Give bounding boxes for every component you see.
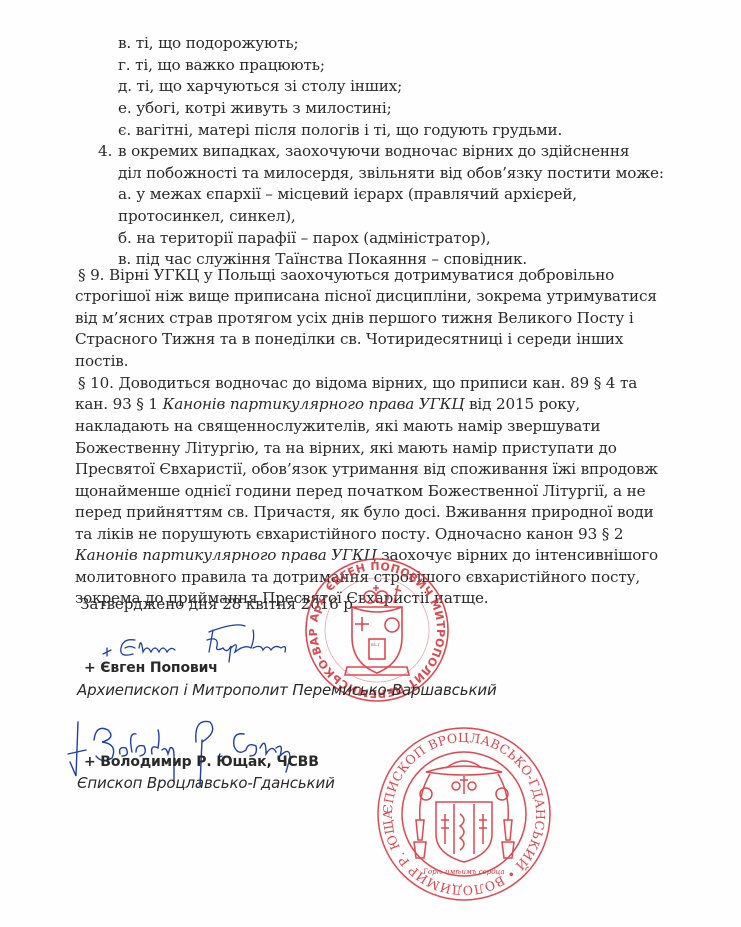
document-page: в. ті, що подорожують; г. ті, що важко п…	[0, 0, 741, 927]
list-subitem-e: е. убогі, котрі живуть з милостині;	[118, 98, 392, 118]
item4-line: діл побожності та милосердя, звільняти в…	[118, 163, 664, 183]
signatory1-title: Архиепископ і Митрополит Перемисько-Варш…	[77, 680, 497, 700]
item4-line: протосинкел, синкел),	[118, 206, 296, 226]
para9-line: Страсного Тижня та в понеділки св. Чотир…	[75, 329, 623, 349]
para10-line: щонайменше однієї години перед початком …	[75, 481, 645, 501]
signatory2-name: + Володимир Р. Ющак, ЧСВВ	[84, 752, 319, 772]
signatory2-title: Єпископ Вроцлавсько-Гданський	[77, 773, 335, 793]
para10-line: та ліків не порушують євхаристійного пос…	[75, 524, 623, 544]
para9-line: строгішої ніж вище приписана пісної дисц…	[75, 286, 657, 306]
para10-line: перед прийняттям св. Причастя, як було д…	[75, 502, 654, 522]
para10-line: Божественну Літургію, та на вірних, які …	[75, 438, 617, 458]
list-subitem-v: в. ті, що подорожують;	[118, 33, 298, 53]
list-subitem-h: г. ті, що важко працюють;	[118, 55, 325, 75]
stamp1-book-text: ВЪ Г	[371, 643, 381, 647]
canon-reference: Канонів партикулярного права УГКЦ	[163, 395, 465, 413]
para9-line: постів.	[75, 351, 128, 371]
para10-text: кан. 93 § 1	[75, 395, 163, 413]
item4-line: а. у межах єпархії – місцевий ієрарх (пр…	[118, 184, 577, 204]
stamp2-motto: Горѣ имѣимъ сердца	[422, 868, 504, 876]
para10-line: Пресвятої Євхаристії, обов’язок утриманн…	[75, 459, 658, 479]
list-number-4: 4.	[98, 141, 113, 161]
item4-line: в окремих випадках, заохочуючи водночас …	[118, 141, 629, 161]
para10-line: § 10. Доводиться водночас до відома вірн…	[78, 373, 637, 393]
bishop-seal-stamp: Горѣ имѣимъ сердца ЄПИСКОП ВРОЦЛАВСЬКО-Г…	[374, 724, 554, 904]
svg-text:Арх. ЄВГЕН ПОПОВИЧ МИТРОПОЛИТ: Арх. ЄВГЕН ПОПОВИЧ МИТРОПОЛИТ ПЕРЕМИСЬКО…	[302, 555, 447, 700]
para9-line: від м’ясних страв протягом усіх днів пер…	[75, 308, 634, 328]
list-subitem-d: д. ті, що харчуються зі столу інших;	[118, 76, 402, 96]
signatory1-name: + Євген Попович	[84, 658, 218, 678]
list-subitem-ye: є. вагітні, матері після пологів і ті, щ…	[118, 120, 562, 140]
para10-line: накладають на священнослужителів, які ма…	[75, 416, 600, 436]
para10-text: від 2015 року,	[464, 395, 580, 413]
item4-line: б. на території парафії – парох (адмініс…	[118, 228, 491, 248]
para10-line: кан. 93 § 1 Канонів партикулярного права…	[75, 394, 580, 414]
stamp1-ring-text: Арх. ЄВГЕН ПОПОВИЧ МИТРОПОЛИТ ПЕРЕМИСЬКО…	[302, 555, 447, 700]
para9-line: § 9. Вірні УГКЦ у Польщі заохочуються до…	[78, 265, 614, 285]
